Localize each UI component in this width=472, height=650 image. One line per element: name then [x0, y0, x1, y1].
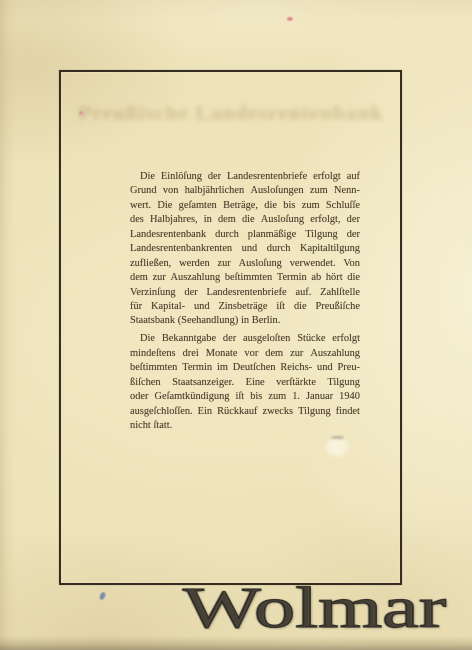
- text-line: Staatsbank(Seehandlung)inBerlin.: [130, 315, 360, 329]
- text-line: zufließen,werdenzurAusloſungverwendet.Vo…: [130, 258, 360, 272]
- wolmar-watermark: Wolmar: [183, 578, 446, 638]
- text-line: fürKapital-undZinsbeträgeiſtdiePreußiſch…: [130, 301, 360, 315]
- text-line: wert.DiegeſamtenBeträge,diebiszumSchluſſ…: [130, 200, 360, 214]
- text-line: demzurAuszahlungbeſtimmtenTerminabhörtdi…: [130, 272, 360, 286]
- terms-text-block: DieEinlöſungderLandesrentenbriefeerfolgt…: [130, 171, 360, 434]
- foxing-spot-pink-top: [287, 17, 293, 21]
- paragraph-announcement: DieBekanntgabederausgeloſtenStückeerfolg…: [130, 333, 360, 434]
- text-line: nichtſtatt.: [130, 420, 360, 434]
- paragraph-redemption: DieEinlöſungderLandesrentenbriefeerfolgt…: [130, 171, 360, 330]
- text-line: DieEinlöſungderLandesrentenbriefeerfolgt…: [140, 171, 360, 185]
- text-line: VerzinſungderLandesrentenbriefeauf.Zahlſ…: [130, 287, 360, 301]
- text-line: beſtimmtenTerminimDeutſchenReichs-undPre…: [130, 362, 360, 376]
- text-line: ausgeſchloſſen.EinRückkaufzwecksTilgungf…: [130, 406, 360, 420]
- text-line: mindeſtensdreiMonatevordemzurAuszahlung: [130, 348, 360, 362]
- text-line: DieBekanntgabederausgeloſtenStückeerfolg…: [140, 333, 360, 347]
- text-line: GrundvonhalbjährlichenAusloſungenzumNenn…: [130, 185, 360, 199]
- text-line: desHalbjahres,indemdieAusloſungerfolgt,d…: [130, 214, 360, 228]
- text-line: LandesrentenbankdurchplanmäßigeTilgungde…: [130, 229, 360, 243]
- text-line: LandesrentenbankrentenunddurchKapitaltil…: [130, 243, 360, 257]
- ink-speck-blue: [99, 591, 107, 600]
- bond-certificate-reverse-scan: Preußische Landesrentenbank DieEinlöſung…: [0, 0, 472, 650]
- text-line: ßiſchenStaatsanzeiger.EineverſtärkteTilg…: [130, 377, 360, 391]
- text-line: oderGeſamtkündigungiſtbiszum1.Januar1940: [130, 391, 360, 405]
